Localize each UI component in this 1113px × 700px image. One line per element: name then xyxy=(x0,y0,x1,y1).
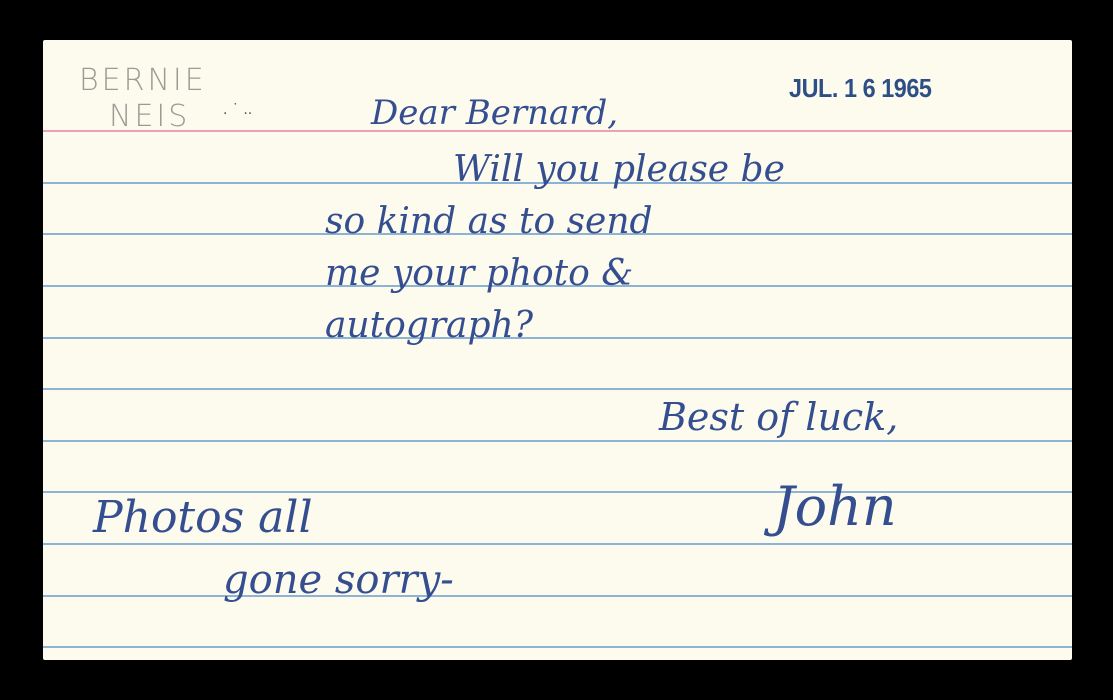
letter-body-line: Will you please be xyxy=(453,152,785,188)
index-card: BERNIE NEIS . ˙ .. JUL. 1 6 1965 Dear Be… xyxy=(43,40,1072,660)
pencil-marks: . ˙ .. xyxy=(223,102,252,118)
letter-closing: Best of luck, xyxy=(659,398,898,436)
ruled-line xyxy=(43,595,1072,597)
reply-note-line1: Photos all xyxy=(93,496,313,540)
ruled-line xyxy=(43,646,1072,648)
reply-note-line2: gone sorry- xyxy=(223,560,454,600)
ruled-line xyxy=(43,440,1072,442)
ruled-line xyxy=(43,543,1072,545)
pencil-name-line2: NEIS xyxy=(109,102,190,132)
pencil-name-line1: BERNIE xyxy=(79,66,207,96)
ruled-line xyxy=(43,337,1072,339)
letter-body-line: so kind as to send xyxy=(325,204,653,240)
letter-signature: John xyxy=(773,480,897,534)
letter-body-line: me your photo & xyxy=(325,256,633,292)
letter-body-line: autograph? xyxy=(325,308,533,344)
date-stamp: JUL. 1 6 1965 xyxy=(789,73,931,104)
letter-salutation: Dear Bernard, xyxy=(371,96,618,130)
ruled-line xyxy=(43,388,1072,390)
